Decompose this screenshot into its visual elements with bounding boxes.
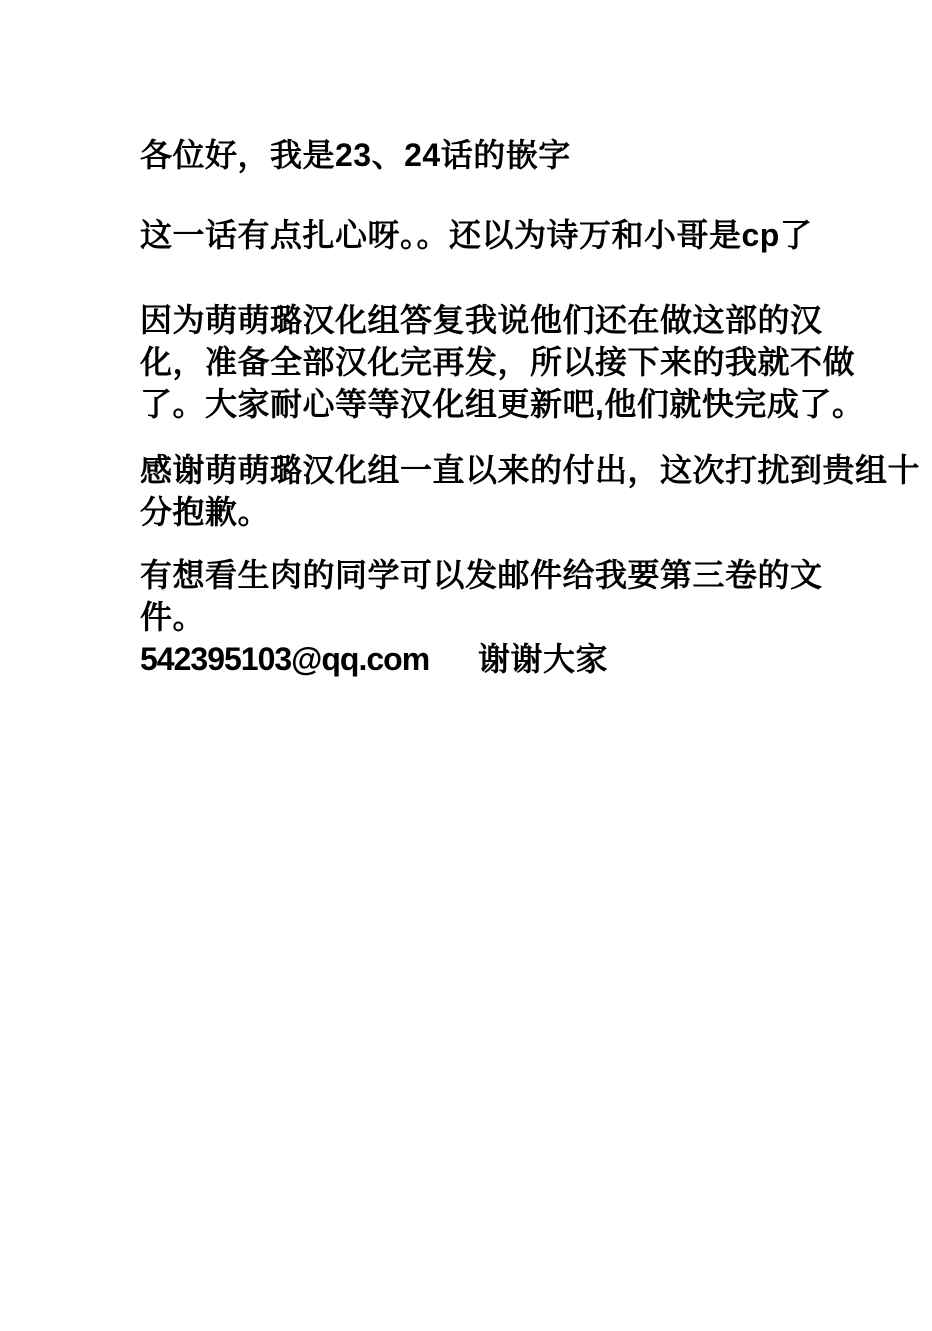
explanation-paragraph: 因为萌萌璐汉化组答复我说他们还在做这部的汉 化，准备全部汉化完再发，所以接下来的…	[140, 299, 920, 425]
thanks-text: 谢谢大家	[478, 641, 608, 677]
greeting-paragraph: 各位好，我是23、24话的嵌字	[140, 134, 920, 176]
note-line: 化，准备全部汉化完再发，所以接下来的我就不做	[140, 341, 920, 383]
thanks-apology-paragraph: 感谢萌萌璐汉化组一直以来的付出，这次打扰到贵组十 分抱歉。	[140, 449, 920, 533]
note-line: 感谢萌萌璐汉化组一直以来的付出，这次打扰到贵组十	[140, 449, 920, 491]
note-text-block: 各位好，我是23、24话的嵌字 这一话有点扎心呀。。还以为诗万和小哥是cp了 因…	[140, 134, 920, 680]
translator-note-page: 各位好，我是23、24话的嵌字 这一话有点扎心呀。。还以为诗万和小哥是cp了 因…	[0, 0, 932, 1331]
note-line: 分抱歉。	[140, 491, 920, 533]
note-line: 这一话有点扎心呀。。还以为诗万和小哥是cp了	[140, 214, 920, 256]
note-line: 因为萌萌璐汉化组答复我说他们还在做这部的汉	[140, 299, 920, 341]
raws-offer-paragraph: 有想看生肉的同学可以发邮件给我要第三卷的文 件。	[140, 554, 920, 638]
contact-email: 542395103@qq.com	[140, 638, 478, 680]
note-line: 各位好，我是23、24话的嵌字	[140, 134, 920, 176]
note-line: 了。大家耐心等等汉化组更新吧,他们就快完成了。	[140, 383, 920, 425]
note-line: 有想看生肉的同学可以发邮件给我要第三卷的文	[140, 554, 920, 596]
contact-line: 542395103@qq.com谢谢大家	[140, 638, 920, 680]
comment-paragraph: 这一话有点扎心呀。。还以为诗万和小哥是cp了	[140, 214, 920, 256]
note-line: 件。	[140, 596, 920, 638]
